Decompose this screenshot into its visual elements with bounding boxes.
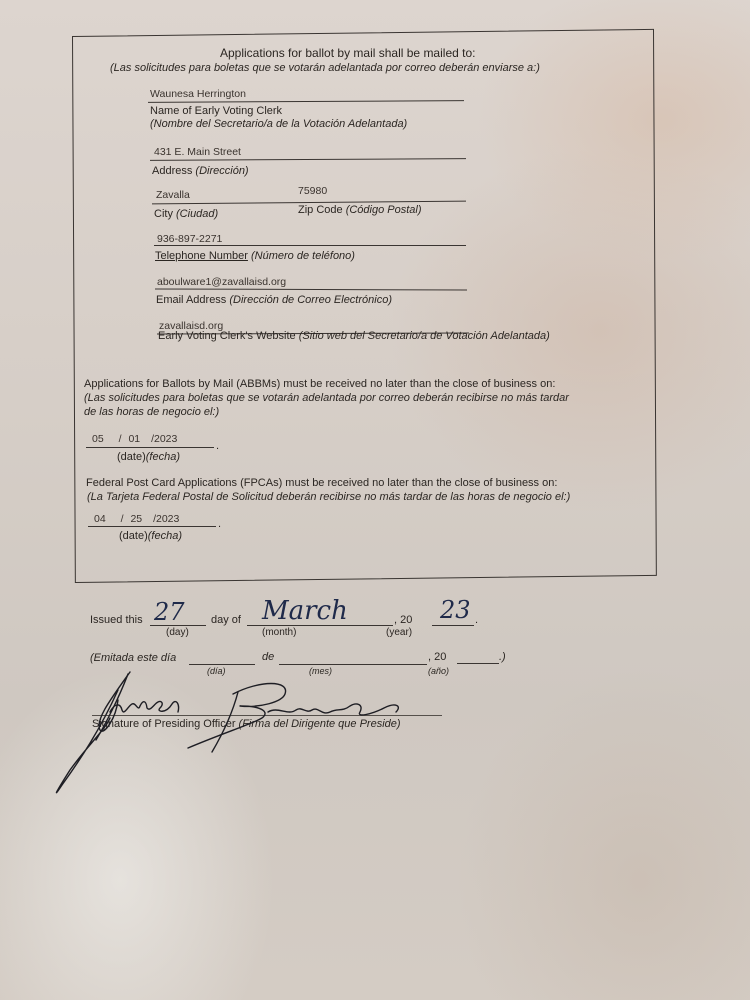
handwritten-signature — [0, 0, 750, 1000]
